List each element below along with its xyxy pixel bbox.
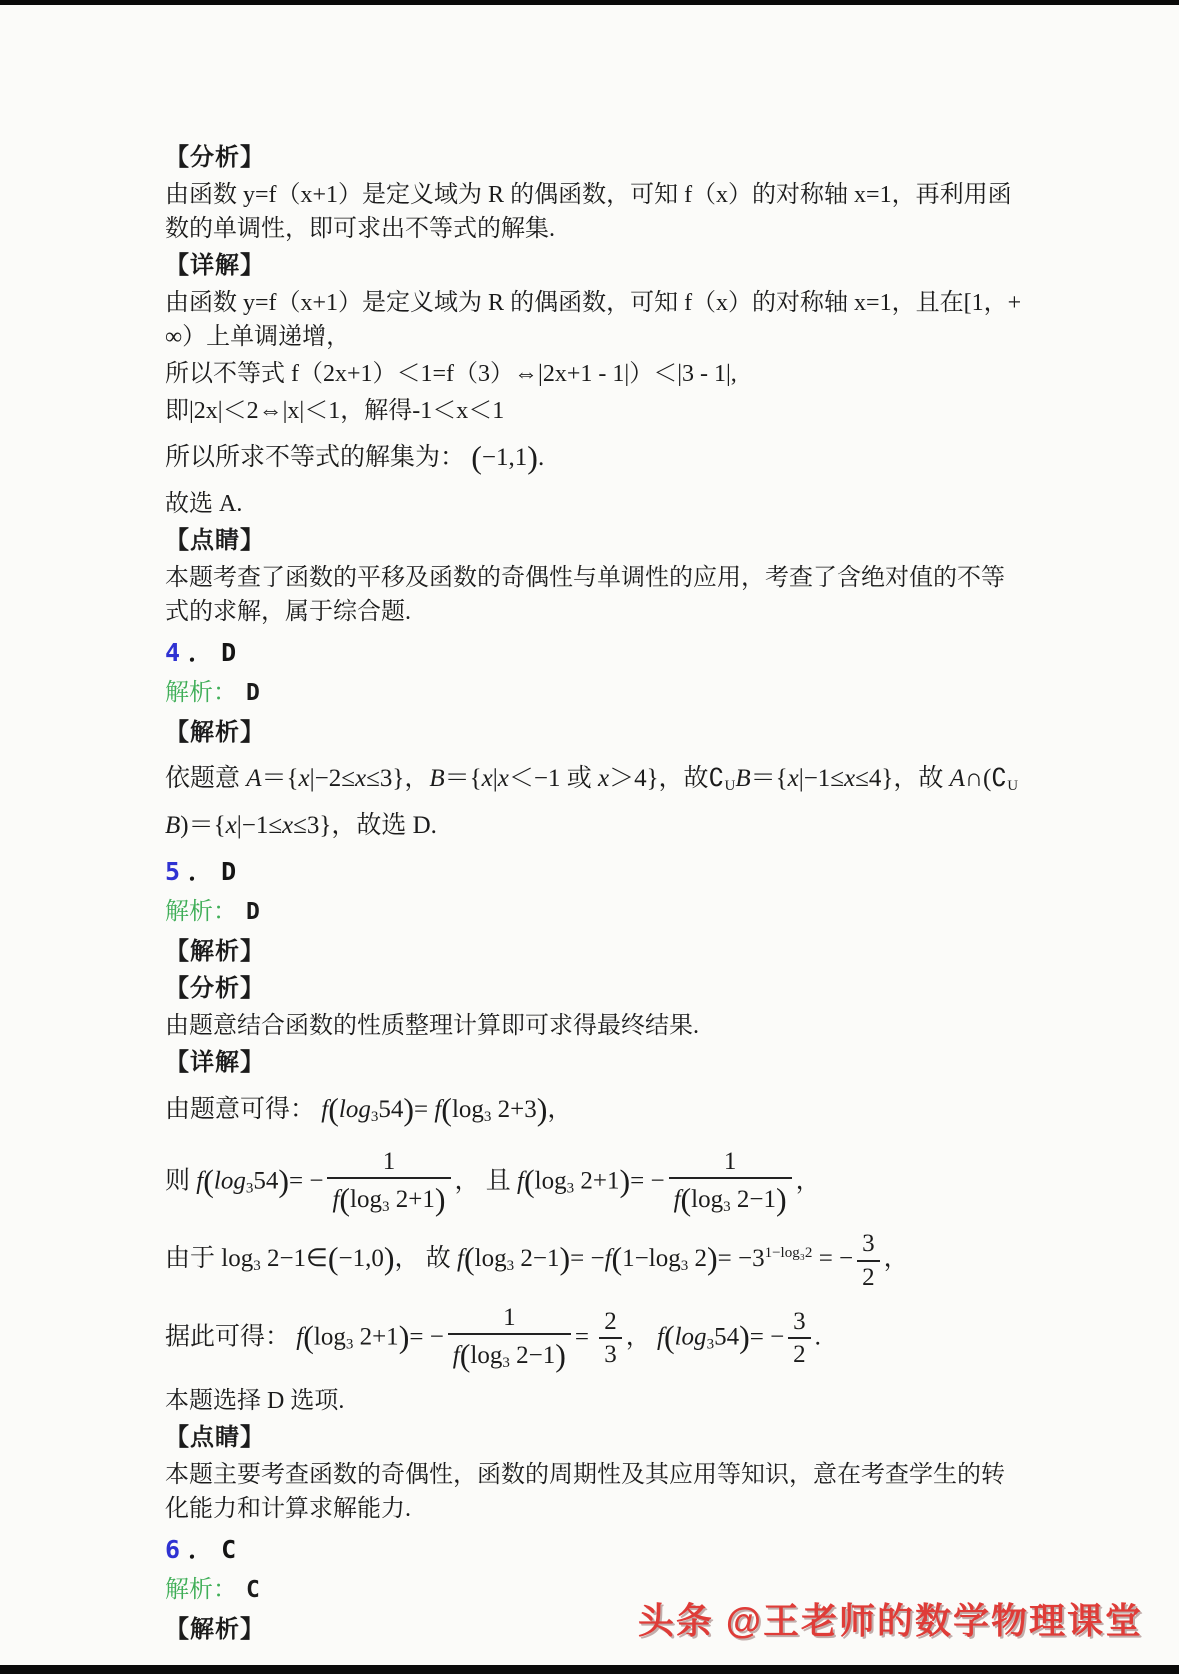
math-token: |−2≤ <box>310 765 355 792</box>
math-token: ) <box>537 1091 548 1127</box>
formula-line: 所以所求不等式的解集为： (−1,1). <box>165 437 1023 478</box>
jiexi-line: 解析：D <box>165 895 1023 929</box>
math-token: 1−log₃2 <box>765 1245 813 1261</box>
math-token: B <box>165 812 180 839</box>
paragraph: 本题主要考查函数的奇偶性，函数的周期性及其应用等知识，意在考查学生的转化能力和计… <box>165 1458 1023 1526</box>
math-token: 3 <box>862 1230 875 1257</box>
math-token: = − <box>630 1167 664 1194</box>
jiexi-letter: C <box>246 1577 260 1603</box>
math-token: A <box>246 765 261 792</box>
math-token: x <box>282 812 293 839</box>
paragraph: 本题考查了函数的平移及函数的奇偶性与单调性的应用，考查了含绝对值的不等式的求解，… <box>165 561 1023 629</box>
math-token: ， <box>626 1323 657 1350</box>
jiexi-prefix: 解析： <box>165 1577 237 1603</box>
math-token: ) <box>555 1337 566 1373</box>
math-token: ( <box>681 1181 692 1217</box>
math-token: ( <box>460 1337 471 1373</box>
math-token: ) <box>776 1181 787 1217</box>
math-token: ( <box>328 1240 339 1276</box>
answer-number: 4 <box>165 638 181 667</box>
paragraph: 即|2x|＜2⇔|x|＜1，解得-1＜x＜1 <box>165 394 1023 428</box>
math-token: ( <box>303 1318 314 1354</box>
math-token: 2 <box>862 1264 875 1291</box>
math-token: ＞4}，故∁ <box>609 765 724 792</box>
math-token: f <box>605 1245 612 1272</box>
math-token: 1−log <box>622 1245 681 1272</box>
answer-letter: D <box>221 857 237 886</box>
math-fraction: 1f(log3 2+1) <box>327 1146 450 1219</box>
math-token: ＝{ <box>751 765 788 792</box>
math-token: ( <box>441 1091 452 1127</box>
math-token: 3 <box>502 1355 510 1371</box>
math-token: ， 故 <box>395 1245 458 1272</box>
math-token: 3 <box>567 1181 575 1197</box>
math-token: ) <box>384 1240 395 1276</box>
math-token: ≤4}，故 <box>855 765 949 792</box>
math-token: log <box>214 1167 246 1194</box>
math-token: log <box>535 1167 567 1194</box>
math-token: f <box>674 1186 681 1213</box>
math-token: B <box>735 765 750 792</box>
formula-line: 据此可得： f(log3 2+1)= −1f(log3 2−1)= 23， f(… <box>165 1302 1023 1375</box>
math-token: = − <box>289 1167 323 1194</box>
math-token: 2−1∈ <box>261 1245 328 1272</box>
math-token: 依题意 <box>165 765 246 792</box>
math-token: = <box>414 1096 434 1123</box>
answer-number: 5 <box>165 857 181 886</box>
math-token: log <box>339 1096 371 1123</box>
math-token: 1 <box>724 1148 737 1175</box>
math-token: ∩(∁ <box>965 765 1007 792</box>
math-token: ) <box>559 1240 570 1276</box>
math-token: x <box>844 765 855 792</box>
jiexi-letter: D <box>246 899 260 925</box>
content-column: 【分析】由函数 y=f（x+1）是定义域为 R 的偶函数，可知 f（x）的对称轴… <box>165 138 1023 1650</box>
math-token: = <box>575 1323 595 1350</box>
math-token: log <box>350 1186 382 1213</box>
math-token: 3 <box>707 1336 715 1352</box>
math-token: x <box>788 765 799 792</box>
math-token: 1 <box>383 1148 396 1175</box>
math-token: x <box>482 765 493 792</box>
paragraph: 故选 A. <box>165 487 1023 521</box>
math-token: 3 <box>507 1258 515 1274</box>
paragraph: 本题选择 D 选项. <box>165 1384 1023 1418</box>
math-token: f <box>457 1245 464 1272</box>
math-token: x <box>598 765 609 792</box>
math-token: ≤3}， <box>366 765 429 792</box>
math-fraction: 1f(log3 2−1) <box>669 1146 792 1219</box>
math-token: = − <box>409 1323 443 1350</box>
watermark: 头条 @王老师的数学物理课堂 <box>638 1593 1143 1644</box>
paragraph: 所以不等式 f（2x+1）＜1=f（3）⇔|2x+1 - 1|）＜|3 - 1|… <box>165 357 1023 391</box>
math-fraction: 32 <box>788 1306 811 1371</box>
math-token: ( <box>339 1181 350 1217</box>
answer-separator: ． <box>188 857 214 886</box>
math-token: ( <box>328 1091 339 1127</box>
section-header: 【分析】 <box>165 141 1023 175</box>
answer-separator: ． <box>188 638 214 667</box>
math-token: 2−1 <box>510 1342 555 1369</box>
math-token: 则 <box>165 1167 196 1194</box>
bottom-edge-bar <box>0 1665 1179 1674</box>
math-token: ， <box>884 1245 909 1272</box>
math-fraction: 1f(log3 2−1) <box>448 1302 571 1375</box>
math-token: ) <box>278 1163 289 1199</box>
math-token: . <box>538 444 544 471</box>
math-token: 54 <box>253 1167 278 1194</box>
math-token: x <box>355 765 366 792</box>
answer-separator: ． <box>188 1535 214 1564</box>
section-header: 【解析】 <box>165 716 1023 750</box>
math-token: 2+1 <box>390 1186 435 1213</box>
section-header: 【详解】 <box>165 1046 1023 1080</box>
answer-line: 4．D <box>165 636 1023 670</box>
math-fraction: 32 <box>857 1228 880 1293</box>
formula-line: 则 f(log354)= −1f(log3 2+1)， 且 f(log3 2+1… <box>165 1146 1023 1219</box>
section-header: 【点睛】 <box>165 524 1023 558</box>
answer-letter: C <box>221 1535 237 1564</box>
top-edge-bar <box>0 0 1179 5</box>
math-token: f <box>517 1167 524 1194</box>
math-token: 2 <box>793 1341 806 1368</box>
math-token: x <box>498 765 509 792</box>
math-fraction: 23 <box>599 1306 622 1371</box>
math-token: ( <box>464 1240 475 1276</box>
math-token: = − <box>750 1323 784 1350</box>
section-header: 【详解】 <box>165 249 1023 283</box>
math-token: = − <box>570 1245 604 1272</box>
math-token: ＝{ <box>262 765 299 792</box>
answer-letter: D <box>221 638 237 667</box>
math-token: ( <box>471 439 482 475</box>
math-token: −1,0 <box>339 1245 384 1272</box>
math-token: f <box>453 1342 460 1369</box>
math-token: ， 且 <box>455 1167 518 1194</box>
math-token: U <box>1007 778 1018 794</box>
math-token: 2+1 <box>353 1323 398 1350</box>
math-token: |−1≤ <box>799 765 844 792</box>
math-token: ) <box>707 1240 718 1276</box>
answer-line: 5．D <box>165 855 1023 889</box>
math-token: 2 <box>604 1308 617 1335</box>
formula-line: 依题意 A＝{x|−2≤x≤3}，B＝{x|x＜−1 或 x＞4}，故∁UB＝{… <box>165 759 1023 846</box>
math-token: 3 <box>723 1199 731 1215</box>
math-token: . <box>815 1323 821 1350</box>
math-token: 据此可得： <box>165 1323 296 1350</box>
math-token: ( <box>524 1163 535 1199</box>
math-token: ) <box>403 1091 414 1127</box>
math-token: 1 <box>503 1304 516 1331</box>
math-token: ) <box>739 1318 750 1354</box>
math-token: ( <box>612 1240 623 1276</box>
math-token: log <box>470 1342 502 1369</box>
math-token: ) <box>527 439 538 475</box>
math-token: 3 <box>604 1341 617 1368</box>
answer-number: 6 <box>165 1535 181 1564</box>
formula-line: 由于 log3 2−1∈(−1,0)， 故 f(log3 2−1)= −f(1−… <box>165 1228 1023 1293</box>
jiexi-letter: D <box>246 680 260 706</box>
document-page: { "watermark": { "text": "头条 @王老师的数学物理课堂… <box>0 0 1179 1674</box>
math-token: B <box>429 765 444 792</box>
math-token: log <box>475 1245 507 1272</box>
jiexi-prefix: 解析： <box>165 899 237 925</box>
paragraph: 由函数 y=f（x+1）是定义域为 R 的偶函数，可知 f（x）的对称轴 x=1… <box>165 286 1023 354</box>
math-token: 3 <box>382 1199 390 1215</box>
paragraph: 由题意结合函数的性质整理计算即可求得最终结果. <box>165 1009 1023 1043</box>
math-token: 54 <box>714 1323 739 1350</box>
math-token: ＜−1 或 <box>509 765 598 792</box>
paragraph: 由函数 y=f（x+1）是定义域为 R 的偶函数，可知 f（x）的对称轴 x=1… <box>165 178 1023 246</box>
math-token: 2−1 <box>514 1245 559 1272</box>
jiexi-line: 解析：D <box>165 676 1023 710</box>
math-token: ) <box>619 1163 630 1199</box>
math-token: 2+1 <box>574 1167 619 1194</box>
math-token: A <box>950 765 965 792</box>
section-header: 【解析】 <box>165 935 1023 969</box>
math-token: ， <box>796 1167 821 1194</box>
answer-line: 6．C <box>165 1533 1023 1567</box>
math-token: log <box>691 1186 723 1213</box>
math-token: log <box>314 1323 346 1350</box>
math-token: 由于 log <box>165 1245 253 1272</box>
math-token: ＝{ <box>445 765 482 792</box>
math-token: ( <box>664 1318 675 1354</box>
math-token: ) <box>399 1318 410 1354</box>
math-token: log <box>675 1323 707 1350</box>
section-header: 【分析】 <box>165 972 1023 1006</box>
math-token: U <box>724 778 735 794</box>
math-token: 由题意可得： <box>165 1096 321 1123</box>
math-token: ( <box>203 1163 214 1199</box>
math-token: log <box>452 1096 484 1123</box>
jiexi-prefix: 解析： <box>165 680 237 706</box>
math-token: 所以所求不等式的解集为： <box>165 444 471 471</box>
math-token: 3 <box>793 1308 806 1335</box>
math-token: )＝{ <box>180 812 225 839</box>
math-token: x <box>299 765 310 792</box>
math-token: 2 <box>688 1245 707 1272</box>
math-token: ) <box>435 1181 446 1217</box>
math-token: = − <box>812 1245 853 1272</box>
math-token: 3 <box>253 1258 261 1274</box>
formula-line: 由题意可得： f(log354)= f(log3 2+3)， <box>165 1089 1023 1137</box>
math-token: ， <box>547 1096 572 1123</box>
math-token: f <box>657 1323 664 1350</box>
math-token: ≤3}，故选 D. <box>293 812 437 839</box>
math-token: x <box>226 812 237 839</box>
math-token: |−1≤ <box>237 812 282 839</box>
section-header: 【点睛】 <box>165 1421 1023 1455</box>
math-token: 2−1 <box>731 1186 776 1213</box>
math-token: 2+3 <box>491 1096 536 1123</box>
math-token: 54 <box>378 1096 403 1123</box>
math-token: = −3 <box>718 1245 765 1272</box>
math-token: −1,1 <box>482 444 527 471</box>
